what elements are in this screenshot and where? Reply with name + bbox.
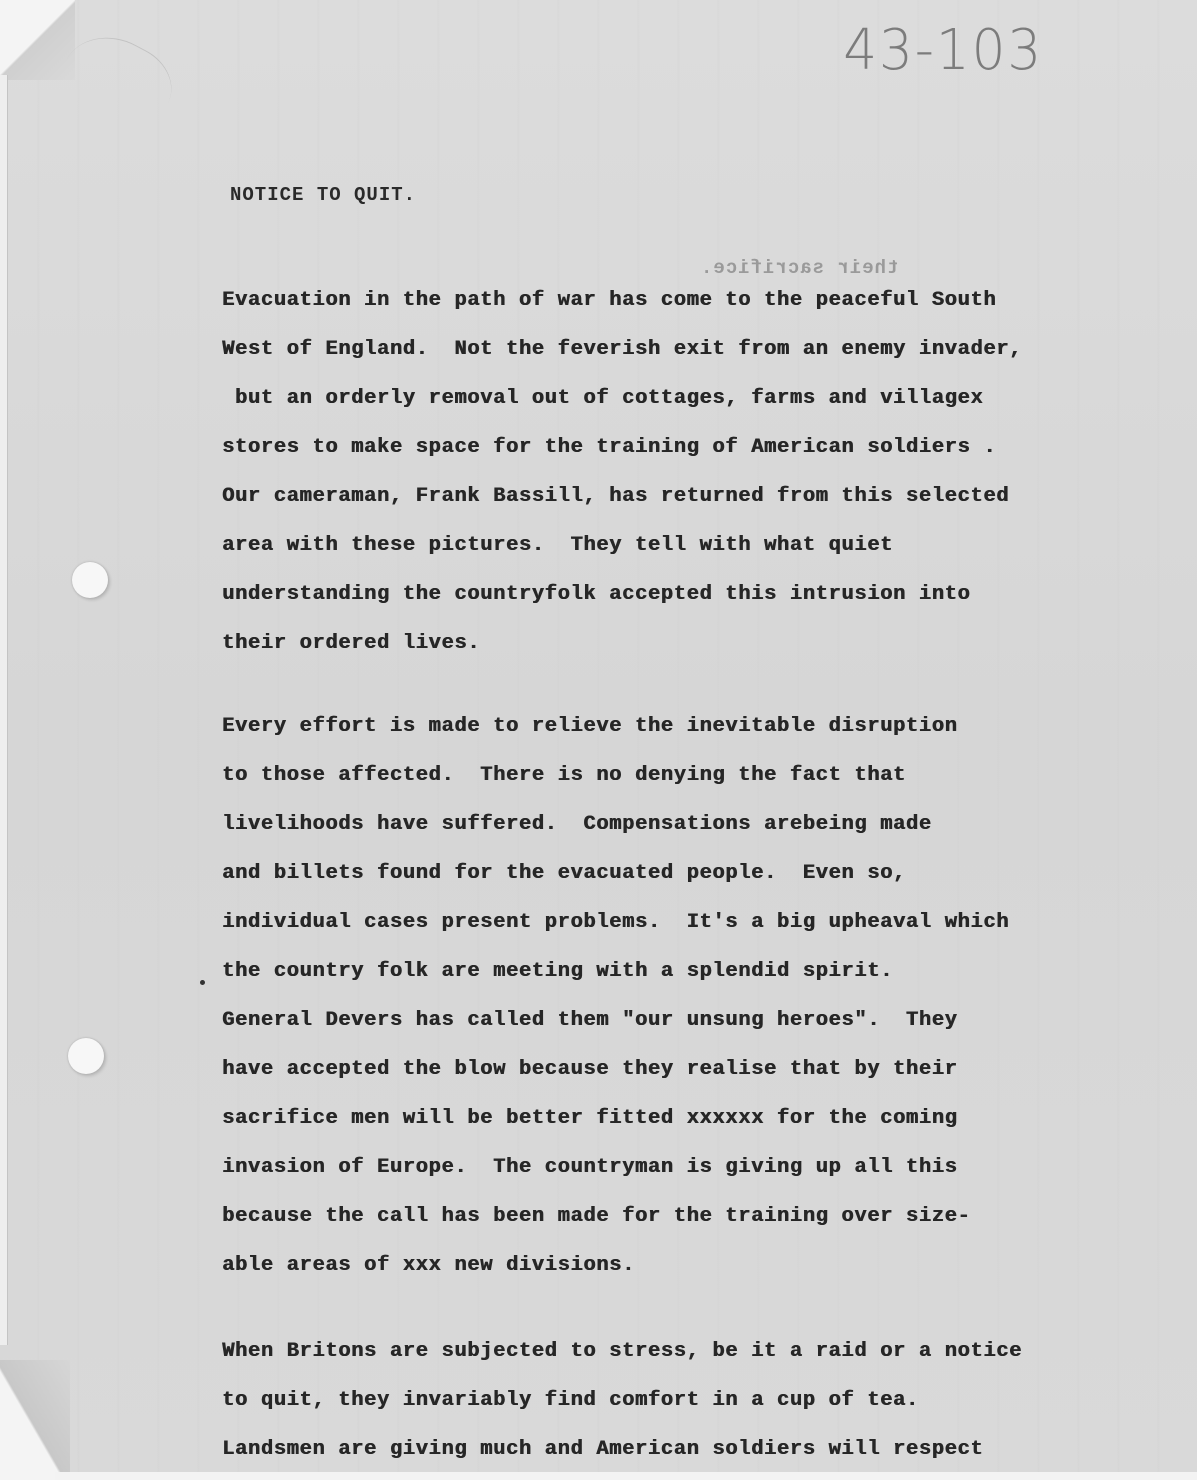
text-line: have accepted the blow because they real… bbox=[222, 1045, 1009, 1094]
text-line: because the call has been made for the t… bbox=[222, 1192, 1009, 1241]
margin-mark bbox=[200, 980, 205, 985]
text-line: stores to make space for the training of… bbox=[222, 423, 1022, 472]
text-line: Landsmen are giving much and American so… bbox=[222, 1425, 1022, 1474]
text-line: the country folk are meeting with a sple… bbox=[222, 947, 1009, 996]
folded-corner-bottom bbox=[0, 1360, 70, 1480]
text-line: able areas of xxx new divisions. bbox=[222, 1241, 1009, 1290]
text-line: and billets found for the evacuated peop… bbox=[222, 849, 1009, 898]
text-line: Our cameraman, Frank Bassill, has return… bbox=[222, 472, 1022, 521]
text-line: Every effort is made to relieve the inev… bbox=[222, 702, 1009, 751]
text-line: understanding the countryfolk accepted t… bbox=[222, 570, 1022, 619]
text-line: individual cases present problems. It's … bbox=[222, 898, 1009, 947]
punch-hole-top bbox=[72, 562, 108, 598]
page-left-edge bbox=[0, 75, 8, 1345]
paragraph-3: When Britons are subjected to stress, be… bbox=[222, 1327, 1022, 1474]
text-line: sacrifice men will be better fitted xxxx… bbox=[222, 1094, 1009, 1143]
paragraph-2: Every effort is made to relieve the inev… bbox=[222, 702, 1009, 1290]
text-line: to those affected. There is no denying t… bbox=[222, 751, 1009, 800]
text-line: West of England. Not the feverish exit f… bbox=[222, 325, 1022, 374]
text-line: invasion of Europe. The countryman is gi… bbox=[222, 1143, 1009, 1192]
text-line: When Britons are subjected to stress, be… bbox=[222, 1327, 1022, 1376]
document-page: 43-103 their sacrifice. NOTICE TO QUIT. … bbox=[0, 0, 1197, 1480]
text-line: area with these pictures. They tell with… bbox=[222, 521, 1022, 570]
punch-hole-bottom bbox=[68, 1038, 104, 1074]
handwritten-reference-number: 43-103 bbox=[843, 18, 1043, 83]
text-line: General Devers has called them "our unsu… bbox=[222, 996, 1009, 1045]
document-title: NOTICE TO QUIT. bbox=[230, 184, 416, 206]
text-line: livelihoods have suffered. Compensations… bbox=[222, 800, 1009, 849]
paragraph-1: Evacuation in the path of war has come t… bbox=[222, 276, 1022, 668]
text-line: Evacuation in the path of war has come t… bbox=[222, 276, 1022, 325]
text-line: to quit, they invariably find comfort in… bbox=[222, 1376, 1022, 1425]
text-line: but an orderly removal out of cottages, … bbox=[222, 374, 1022, 423]
text-line: their ordered lives. bbox=[222, 619, 1022, 668]
